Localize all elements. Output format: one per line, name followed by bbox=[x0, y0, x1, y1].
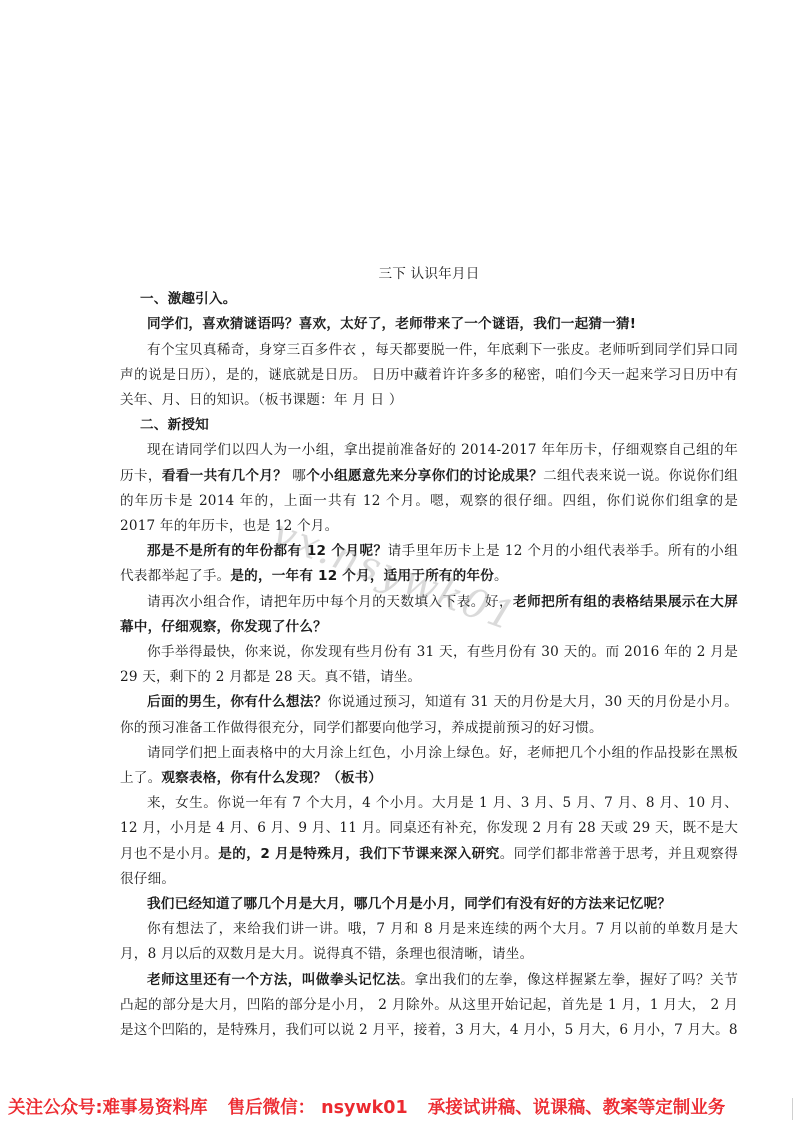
footer-wechat-account: 关注公众号:难事易资料库 bbox=[8, 1094, 208, 1122]
paragraph: 请再次小组合作，请把年历中每个月的天数填入下表。好，老师把所有组的表格结果展示在… bbox=[120, 590, 738, 640]
document-body: 三下 认识年月日 一、激趣引入。 同学们，喜欢猜谜语吗？喜欢，太好了，老师带来了… bbox=[120, 262, 738, 1043]
bold-text-run: 老师这里还有一个方法，叫做拳头记忆法 bbox=[147, 972, 400, 988]
paragraph: 你手举得最快，你来说，你发现有些月份有 31 天，有些月份有 30 天的。而 2… bbox=[120, 640, 738, 690]
document-title: 三下 认识年月日 bbox=[120, 262, 738, 287]
bold-text-run: 是的，2 月是特殊月，我们下节课来深入研究 bbox=[218, 846, 499, 862]
section-intro: 一、激趣引入。 同学们，喜欢猜谜语吗？喜欢，太好了，老师带来了一个谜语，我们一起… bbox=[120, 287, 738, 413]
paragraph: 请同学们把上面表格中的大月涂上红色，小月涂上绿色。好，老师把几个小组的作品投影在… bbox=[120, 741, 738, 791]
text-run: 有个宝贝真稀奇，身穿三百多件衣 ，每天都要脱一件，年底剩下一张皮。老师听到同学们… bbox=[120, 342, 738, 408]
paragraph: 你有想法了，来给我们讲一讲。哦，7 月和 8 月是来连续的两个大月。7 月以前的… bbox=[120, 917, 738, 967]
bold-text-run: 同学们，喜欢猜谜语吗？喜欢，太好了，老师带来了一个谜语，我们一起猜一猜! bbox=[147, 316, 636, 332]
paragraph: 同学们，喜欢猜谜语吗？喜欢，太好了，老师带来了一个谜语，我们一起猜一猜! bbox=[120, 312, 738, 337]
text-run: 你有想法了，来给我们讲一讲。哦，7 月和 8 月是来连续的两个大月。7 月以前的… bbox=[120, 921, 738, 962]
paragraph: 那是不是所有的年份都有 12 个月呢？请手里年历卡上是 12 个月的小组代表举手… bbox=[120, 539, 738, 589]
text-run: 请再次小组合作，请把年历中每个月的天数填入下表。好， bbox=[147, 594, 513, 610]
paragraph: 来，女生。你说一年有 7 个大月，4 个小月。大月是 1 月、3 月、5 月、7… bbox=[120, 791, 738, 892]
text-run: 。 bbox=[494, 568, 508, 584]
document-page: 三下 认识年月日 一、激趣引入。 同学们，喜欢猜谜语吗？喜欢，太好了，老师带来了… bbox=[0, 0, 793, 1122]
paragraph: 有个宝贝真稀奇，身穿三百多件衣 ，每天都要脱一件，年底剩下一张皮。老师听到同学们… bbox=[120, 338, 738, 414]
footer-banner: 关注公众号:难事易资料库 售后微信： nsywk01 承接试讲稿、说课稿、教案等… bbox=[0, 1094, 793, 1122]
text-run: 哪 bbox=[292, 468, 306, 484]
paragraph: 后面的男生，你有什么想法？你说通过预习，知道有 31 天的月份是大月，30 天的… bbox=[120, 690, 738, 740]
paragraph: 老师这里还有一个方法，叫做拳头记忆法。拿出我们的左拳，像这样握紧左拳，握好了吗？… bbox=[120, 968, 738, 1044]
text-run: 你手举得最快，你来说，你发现有些月份有 31 天，有些月份有 30 天的。而 2… bbox=[120, 644, 738, 685]
footer-aftersales-wechat: 售后微信： nsywk01 bbox=[228, 1094, 408, 1122]
bold-text-run: 个小组愿意先来分享你们的讨论成果？ bbox=[306, 468, 543, 484]
bold-text-run: 那是不是所有的年份都有 12 个月呢？ bbox=[147, 543, 388, 559]
paragraph: 我们已经知道了哪几个月是大月，哪几个月是小月，同学们有没有好的方法来记忆呢？ bbox=[120, 892, 738, 917]
bold-text-run: 后面的男生，你有什么想法？ bbox=[147, 694, 328, 710]
bold-text-run: 观察表格，你有什么发现？（板书） bbox=[161, 770, 382, 786]
section-heading: 二、新授知 bbox=[120, 413, 738, 438]
section-heading: 一、激趣引入。 bbox=[120, 287, 738, 312]
bold-text-run: 看看一共有几个月？ bbox=[162, 468, 292, 484]
section-new-knowledge: 二、新授知 现在请同学们以四人为一小组，拿出提前准备好的 2014-2017 年… bbox=[120, 413, 738, 1043]
bold-text-run: 我们已经知道了哪几个月是大月，哪几个月是小月，同学们有没有好的方法来记忆呢？ bbox=[147, 896, 671, 912]
footer-services: 承接试讲稿、说课稿、教案等定制业务 bbox=[428, 1094, 726, 1122]
paragraph: 现在请同学们以四人为一小组，拿出提前准备好的 2014-2017 年年历卡，仔细… bbox=[120, 438, 738, 539]
bold-text-run: 是的，一年有 12 个月，适用于所有的年份 bbox=[230, 568, 494, 584]
